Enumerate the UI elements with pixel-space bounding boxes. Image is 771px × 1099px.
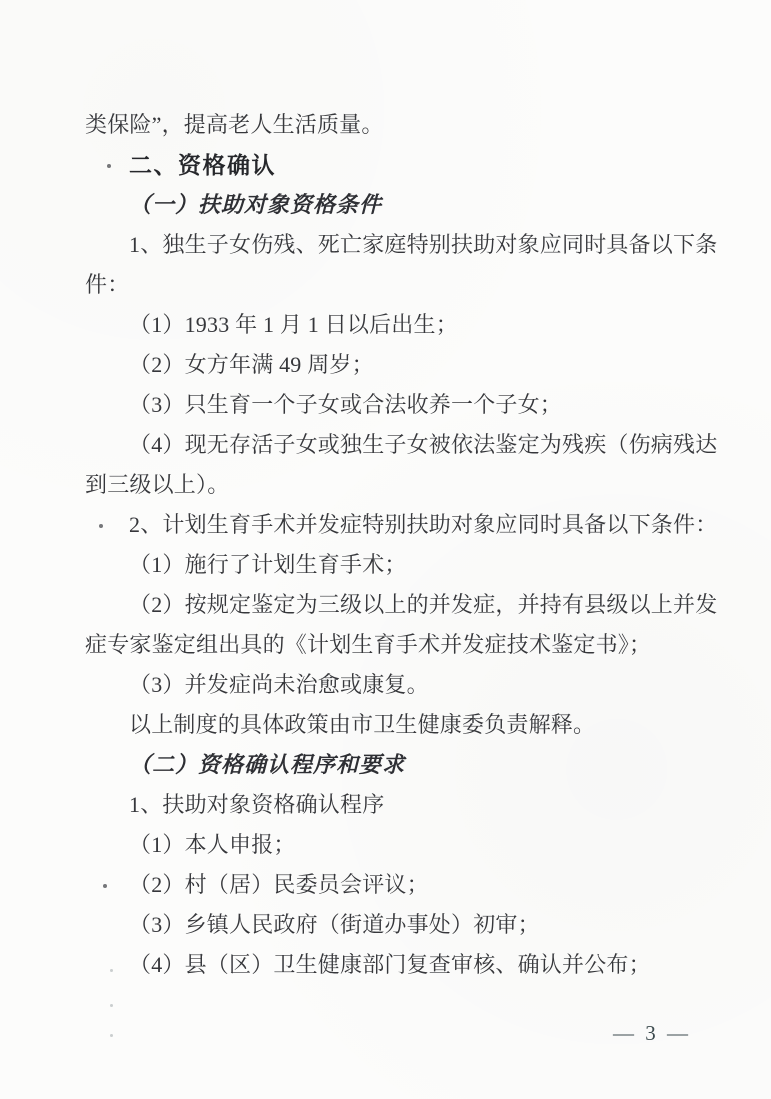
scan-dot-artifact [99,524,103,528]
subsection-heading: （一）扶助对象资格条件 [85,185,725,225]
paragraph-continuation-line: 类保险”，提高老人生活质量。 [85,105,725,145]
list-item: （2）女方年满 49 周岁； [85,345,725,385]
line-text: （1）本人申报； [129,832,296,857]
list-item: （1）1933 年 1 月 1 日以后出生； [85,305,725,345]
line-text: （1）施行了计划生育手术； [129,552,407,577]
line-text: （3）只生育一个子女或合法收养一个子女； [129,392,562,417]
scan-dot-artifact [107,164,111,168]
line-text: （3）并发症尚未治愈或康复。 [129,672,429,697]
line-text: （1）1933 年 1 月 1 日以后出生； [129,312,458,337]
line-text: 症专家鉴定组出具的《计划生育手术并发症技术鉴定书》； [85,632,651,657]
list-item: （3）只生育一个子女或合法收养一个子女； [85,385,725,425]
body-line: 症专家鉴定组出具的《计划生育手术并发症技术鉴定书》； [85,625,725,665]
scan-speck-artifact [110,969,113,972]
list-item: （1）施行了计划生育手术； [85,545,725,585]
scanned-document-page: 类保险”，提高老人生活质量。二、资格确认（一）扶助对象资格条件1、独生子女伤残、… [0,0,771,1099]
line-text: 类保险”，提高老人生活质量。 [85,112,384,137]
body-line: 件： [85,265,725,305]
line-text: （4）现无存活子女或独生子女被依法鉴定为残疾（伤病残达 [129,432,717,457]
body-line: 以上制度的具体政策由市卫生健康委负责解释。 [85,705,725,745]
line-text: （一）扶助对象资格条件 [129,192,382,217]
section-heading: 二、资格确认 [85,145,725,185]
scan-dot-artifact [103,884,107,888]
line-text: 2、计划生育手术并发症特别扶助对象应同时具备以下条件： [129,512,717,537]
list-item: （4）县（区）卫生健康部门复查审核、确认并公布； [85,945,725,985]
line-text: （2）女方年满 49 周岁； [129,352,374,377]
line-text: 件： [85,272,129,297]
line-text: 1、扶助对象资格确认程序 [129,792,384,817]
list-item: （2）村（居）民委员会评议； [85,865,725,905]
page-number: — 3 — [613,1021,691,1046]
line-text: （4）县（区）卫生健康部门复查审核、确认并公布； [129,952,651,977]
scan-speck-artifact [110,1034,113,1037]
list-item: （4）现无存活子女或独生子女被依法鉴定为残疾（伤病残达 [85,425,725,465]
body-line: 到三级以上）。 [85,465,725,505]
line-text: （2）村（居）民委员会评议； [129,872,429,897]
line-text: 以上制度的具体政策由市卫生健康委负责解释。 [129,712,595,737]
line-text: 二、资格确认 [129,152,276,178]
body-line: 2、计划生育手术并发症特别扶助对象应同时具备以下条件： [85,505,725,545]
subsection-heading: （二）资格确认程序和要求 [85,745,725,785]
list-item: （1）本人申报； [85,825,725,865]
list-item: （3）乡镇人民政府（街道办事处）初审； [85,905,725,945]
document-text-block: 类保险”，提高老人生活质量。二、资格确认（一）扶助对象资格条件1、独生子女伤残、… [85,105,725,985]
line-text: 1、独生子女伤残、死亡家庭特别扶助对象应同时具备以下条 [129,232,717,257]
line-text: 到三级以上）。 [85,472,229,497]
list-item: （2）按规定鉴定为三级以上的并发症，并持有县级以上并发 [85,585,725,625]
body-line: 1、独生子女伤残、死亡家庭特别扶助对象应同时具备以下条 [85,225,725,265]
line-text: （二）资格确认程序和要求 [129,752,405,777]
line-text: （3）乡镇人民政府（街道办事处）初审； [129,912,540,937]
body-line: 1、扶助对象资格确认程序 [85,785,725,825]
scan-speck-artifact [110,1004,113,1007]
list-item: （3）并发症尚未治愈或康复。 [85,665,725,705]
line-text: （2）按规定鉴定为三级以上的并发症，并持有县级以上并发 [129,592,717,617]
